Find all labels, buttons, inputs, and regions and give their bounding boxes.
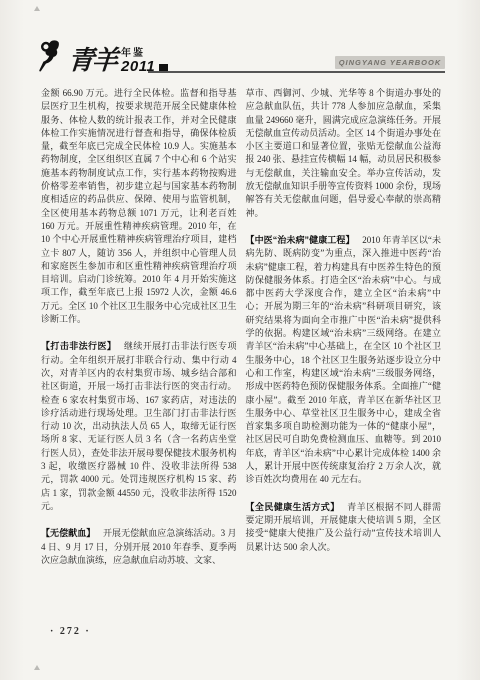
yearbook-scan-page: { "header": { "logo_title": "青羊", "logo_… [0,0,480,680]
right-column: 草市、西御河、少城、光华等 8 个街道办事处的应急献血队伍，共计 778 人参加… [246,87,442,567]
section-heading: 【中医“治未病”健康工程】 [246,235,355,245]
section-text: 继续开展打击非法行医专项行动。全年组织开展打非联合行动、集中行动 4 次，对青羊… [41,341,237,511]
section-heading: 【全民健康生活方式】 [246,502,340,512]
scan-mark-bottom [34,665,40,670]
section-text: 2010 年青羊区以“未病先防、既病防变”为重点，深入推进中医药“治未病”健康工… [246,235,442,484]
body-paragraph: 草市、西御河、少城、光华等 8 个街道办事处的应急献血队伍，共计 778 人参加… [246,87,442,220]
yearbook-en-badge: QINGYANG YEARBOOK [335,56,445,69]
yearbook-logo: 青羊 年鉴 2011 [38,40,168,74]
section-tcm-health-project: 【中医“治未病”健康工程】2010 年青羊区以“未病先防、既病防变”为重点，深入… [246,234,442,487]
section-heading: 【打击非法行医】 [41,341,116,351]
goat-icon [38,40,66,74]
page-number: · 272 · [50,626,91,637]
section-heading: 【无偿献血】 [41,528,95,538]
scan-mark-top [34,6,40,11]
body-paragraph: 金额 66.90 万元。进行全民体检。监督和指导基层医疗卫生机构，按要求规范开展… [41,87,237,326]
page-header: 青羊 年鉴 2011 QINGYANG YEARBOOK [38,40,445,76]
header-rule [148,71,445,73]
left-column: 金额 66.90 万元。进行全民体检。监督和指导基层医疗卫生机构，按要求规范开展… [41,87,237,567]
section-healthy-lifestyle: 【全民健康生活方式】青羊区根据不同人群需要定期开展培训，开展健康大使培训 5 期… [246,501,442,554]
section-blood-donation: 【无偿献血】开展无偿献血应急演练活动。3 月 4 日、9 月 17 日，分别开展… [41,527,237,567]
section-illegal-practice: 【打击非法行医】继续开展打击非法行医专项行动。全年组织开展打非联合行动、集中行动… [41,340,237,513]
logo-title: 青羊 [67,48,122,74]
text-columns: 金额 66.90 万元。进行全民体检。监督和指导基层医疗卫生机构，按要求规范开展… [41,87,441,567]
